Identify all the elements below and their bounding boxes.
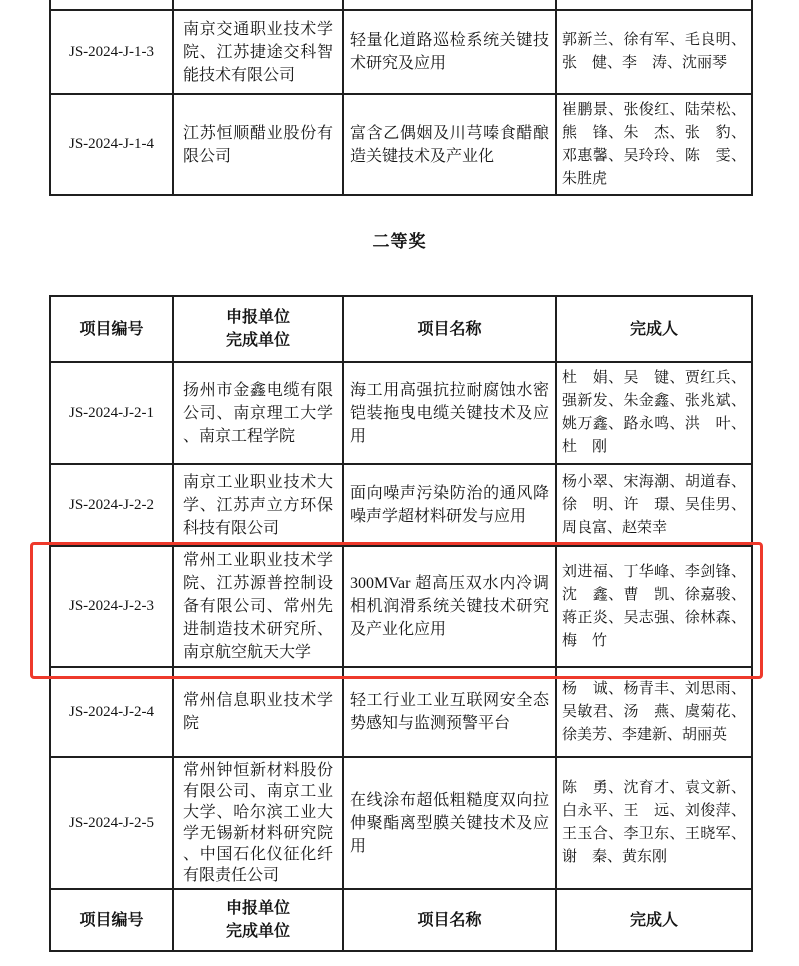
table-row-highlighted: JS-2024-J-2-3 常州工业职业技术学院、江苏源普控制设备有限公司、常州… [50, 546, 752, 667]
table-row: JS-2024-J-1-4 江苏恒顺醋业股份有限公司 富含乙偶姻及川芎嗪食醋酿造… [50, 94, 752, 195]
people-cell: 杨 诚、杨青丰、刘思雨、吴敏君、汤 燕、虞菊花、徐美芳、李建新、胡丽英 [556, 667, 752, 757]
empty-cell [556, 0, 752, 10]
empty-cell [173, 0, 343, 10]
header-project-id: 项目编号 [50, 296, 173, 362]
units-cell: 常州信息职业技术学院 [173, 667, 343, 757]
project-name-cell: 300MVar 超高压双水内冷调相机润滑系统关键技术研究及产业化应用 [343, 546, 556, 667]
project-id-cell: JS-2024-J-2-4 [50, 667, 173, 757]
header-project-id: 项目编号 [50, 889, 173, 951]
project-id-cell: JS-2024-J-1-4 [50, 94, 173, 195]
cut-off-row [50, 0, 752, 10]
footer-header-row: 项目编号 申报单位 完成单位 项目名称 完成人 [50, 889, 752, 951]
people-cell: 郭新兰、徐有军、毛良明、张 健、李 涛、沈丽琴 [556, 10, 752, 94]
header-people: 完成人 [556, 889, 752, 951]
header-row: 项目编号 申报单位 完成单位 项目名称 完成人 [50, 296, 752, 362]
table-row: JS-2024-J-1-3 南京交通职业技术学院、江苏捷途交科智能技术有限公司 … [50, 10, 752, 94]
people-cell: 陈 勇、沈育才、袁文新、白永平、王 远、刘俊萍、王玉合、李卫东、王晓军、谢 秦、… [556, 757, 752, 889]
units-cell: 扬州市金鑫电缆有限公司、南京理工大学、南京工程学院 [173, 362, 343, 464]
units-cell: 南京工业职业技术大学、江苏声立方环保科技有限公司 [173, 464, 343, 546]
people-cell: 杜 娟、吴 键、贾红兵、强新发、朱金鑫、张兆斌、姚万鑫、路永鸣、洪 叶、杜 刚 [556, 362, 752, 464]
project-id-cell: JS-2024-J-2-3 [50, 546, 173, 667]
table-row: JS-2024-J-2-4 常州信息职业技术学院 轻工行业工业互联网安全态势感知… [50, 667, 752, 757]
award-section-heading: 二等奖 [0, 227, 799, 252]
table-row: JS-2024-J-2-1 扬州市金鑫电缆有限公司、南京理工大学、南京工程学院 … [50, 362, 752, 464]
project-name-cell: 富含乙偶姻及川芎嗪食醋酿造关键技术及产业化 [343, 94, 556, 195]
project-id-cell: JS-2024-J-2-5 [50, 757, 173, 889]
units-cell: 南京交通职业技术学院、江苏捷途交科智能技术有限公司 [173, 10, 343, 94]
header-people: 完成人 [556, 296, 752, 362]
project-id-cell: JS-2024-J-1-3 [50, 10, 173, 94]
document-page: JS-2024-J-1-3 南京交通职业技术学院、江苏捷途交科智能技术有限公司 … [0, 0, 799, 966]
people-cell: 刘进福、丁华峰、李剑锋、沈 鑫、曹 凯、徐嘉骏、蒋正炎、吴志强、徐林森、梅 竹 [556, 546, 752, 667]
project-name-cell: 轻量化道路巡检系统关键技术研究及应用 [343, 10, 556, 94]
people-cell: 崔鹏景、张俊红、陆荣松、熊 锋、朱 杰、张 豹、邓惠馨、吴玲玲、陈 雯、朱胜虎 [556, 94, 752, 195]
header-units: 申报单位 完成单位 [173, 889, 343, 951]
header-project-name: 项目名称 [343, 889, 556, 951]
first-prize-table: JS-2024-J-1-3 南京交通职业技术学院、江苏捷途交科智能技术有限公司 … [49, 0, 753, 196]
units-cell: 常州工业职业技术学院、江苏源普控制设备有限公司、常州先进制造技术研究所、南京航空… [173, 546, 343, 667]
header-project-name: 项目名称 [343, 296, 556, 362]
project-name-cell: 面向噪声污染防治的通风降噪声学超材料研发与应用 [343, 464, 556, 546]
second-prize-table: 项目编号 申报单位 完成单位 项目名称 完成人 JS-2024-J-2-1 扬州… [49, 295, 753, 952]
header-units: 申报单位 完成单位 [173, 296, 343, 362]
empty-cell [343, 0, 556, 10]
empty-cell [50, 0, 173, 10]
project-name-cell: 在线涂布超低粗糙度双向拉伸聚酯离型膜关键技术及应用 [343, 757, 556, 889]
people-cell: 杨小翠、宋海潮、胡道春、徐 明、许 璟、吴佳男、周良富、赵荣幸 [556, 464, 752, 546]
project-name-cell: 海工用高强抗拉耐腐蚀水密铠装拖曳电缆关键技术及应用 [343, 362, 556, 464]
project-id-cell: JS-2024-J-2-1 [50, 362, 173, 464]
project-id-cell: JS-2024-J-2-2 [50, 464, 173, 546]
project-name-cell: 轻工行业工业互联网安全态势感知与监测预警平台 [343, 667, 556, 757]
table-row: JS-2024-J-2-2 南京工业职业技术大学、江苏声立方环保科技有限公司 面… [50, 464, 752, 546]
units-cell: 常州钟恒新材料股份有限公司、南京工业大学、哈尔滨工业大学无锡新材料研究院、中国石… [173, 757, 343, 889]
table-row: JS-2024-J-2-5 常州钟恒新材料股份有限公司、南京工业大学、哈尔滨工业… [50, 757, 752, 889]
units-cell: 江苏恒顺醋业股份有限公司 [173, 94, 343, 195]
